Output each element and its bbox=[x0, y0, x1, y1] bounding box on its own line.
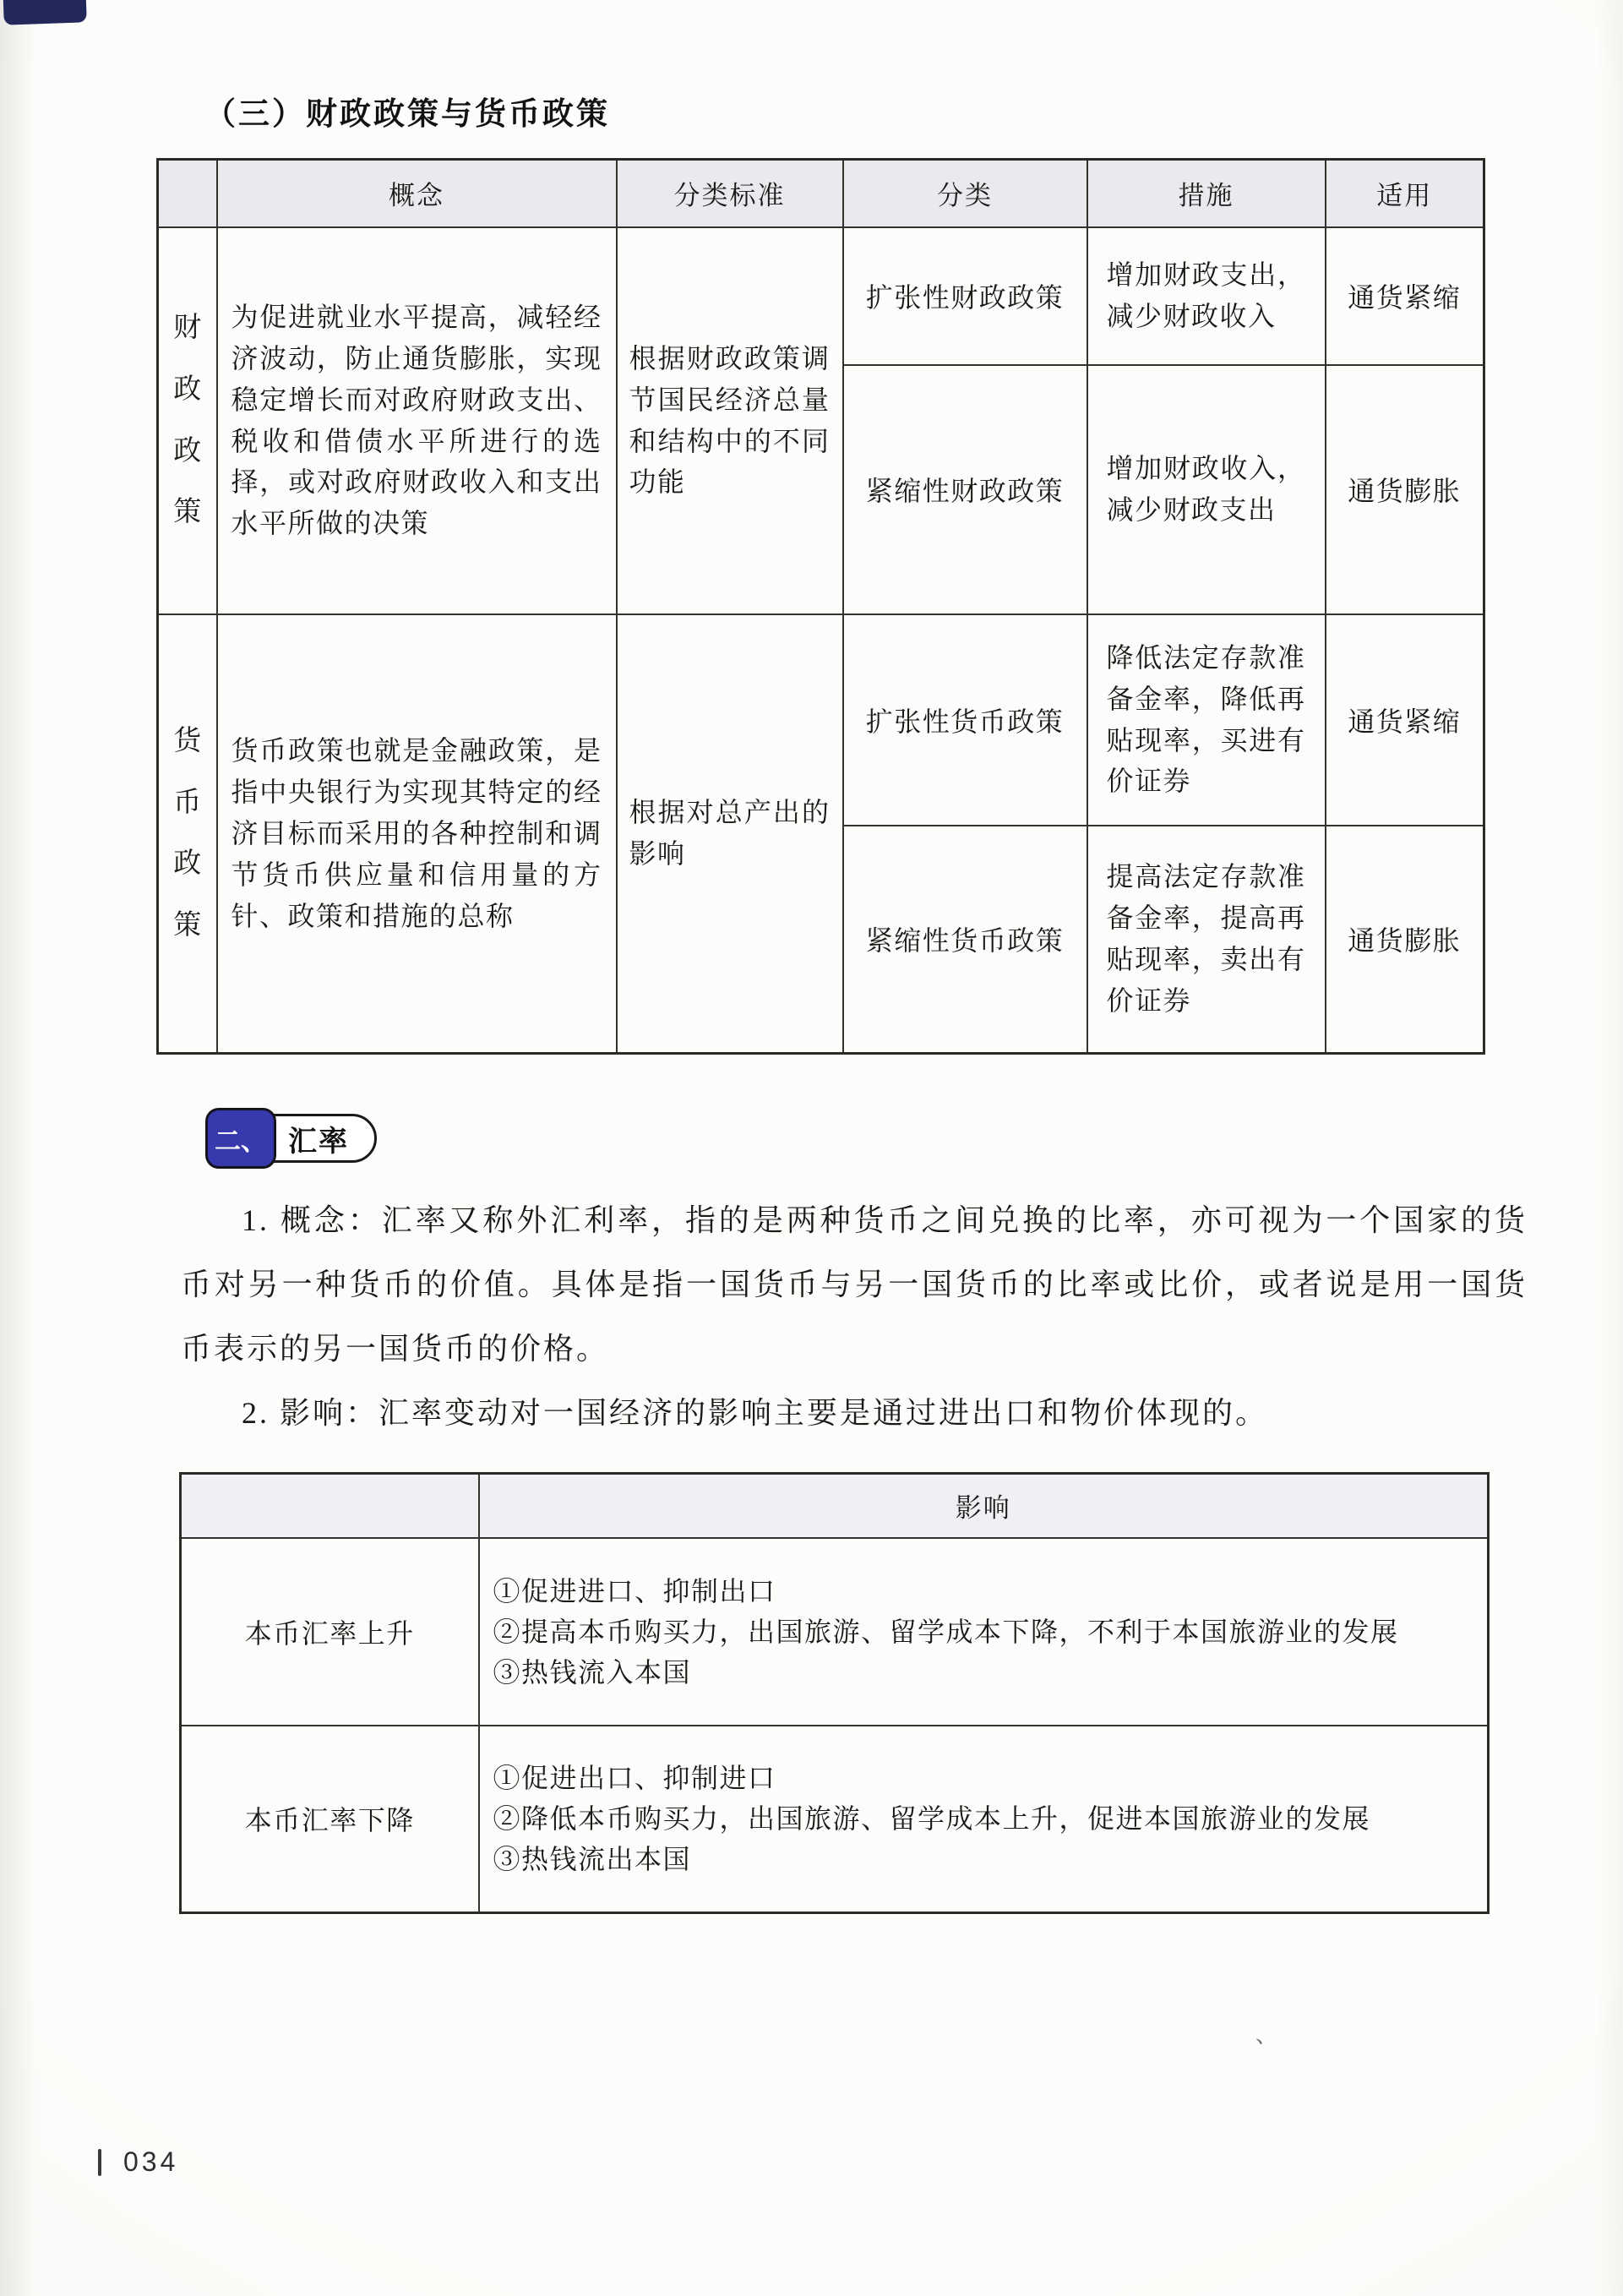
effect-line-2: ②提高本币购买力，出国旅游、留学成本下降，不利于本国旅游业的发展 bbox=[493, 1612, 1474, 1652]
fiscal-expansionary-applicable: 通货紧缩 bbox=[1326, 227, 1484, 365]
corner-bookmark-shape bbox=[3, 0, 87, 25]
scan-artifact-mark: 、 bbox=[1255, 2018, 1277, 2049]
footer-divider bbox=[98, 2149, 101, 2176]
monetary-contractionary-measures: 提高法定存款准备金率，提高再贴现率，卖出有价证券 bbox=[1087, 826, 1326, 1054]
paragraph-impact: 2. 影响：汇率变动对一国经济的影响主要是通过进出口和物价体现的。 bbox=[181, 1381, 1528, 1445]
row-label-monetary-policy: 货币政策 bbox=[172, 711, 204, 956]
fiscal-expansionary-measures: 增加财政支出，减少财政收入 bbox=[1087, 227, 1326, 365]
rate-rise-row: 本币汇率上升 ①促进进口、抑制出口 ②提高本币购买力，出国旅游、留学成本下降，不… bbox=[181, 1538, 1489, 1726]
policy-table-header-row: 概念 分类标准 分类 措施 适用 bbox=[158, 160, 1484, 227]
fiscal-policy-standard: 根据财政政策调节国民经济总量和结构中的不同功能 bbox=[617, 227, 843, 614]
effects-table-header-row: 影响 bbox=[181, 1474, 1489, 1538]
section-badge-exchange-rate: 二、 汇率 bbox=[208, 1114, 377, 1163]
monetary-expansionary-category: 扩张性货币政策 bbox=[843, 614, 1087, 826]
row-label-rate-rise: 本币汇率上升 bbox=[181, 1538, 479, 1726]
col-header-measures: 措施 bbox=[1087, 160, 1326, 227]
page-number: 034 bbox=[123, 2146, 178, 2178]
fiscal-contractionary-category: 紧缩性财政政策 bbox=[843, 365, 1087, 614]
row-label-monetary-policy-cell: 货币政策 bbox=[158, 614, 217, 1054]
monetary-expansionary-measures: 降低法定存款准备金率，降低再贴现率，买进有价证券 bbox=[1087, 614, 1326, 826]
exchange-rate-paragraphs: 1. 概念：汇率又称外汇利率，指的是两种货币之间兑换的比率，亦可视为一个国家的货… bbox=[181, 1188, 1528, 1445]
monetary-policy-concept: 货币政策也就是金融政策，是指中央银行为实现其特定的经济目标而采用的各种控制和调节… bbox=[217, 614, 617, 1054]
row-label-fiscal-policy: 财政政策 bbox=[172, 297, 204, 543]
fiscal-expansionary-category: 扩张性财政政策 bbox=[843, 227, 1087, 365]
fiscal-policy-row-expansionary: 财政政策 为促进就业水平提高，减轻经济波动，防止通货膨胀，实现稳定增长而对政府财… bbox=[158, 227, 1484, 365]
rate-rise-effects: ①促进进口、抑制出口 ②提高本币购买力，出国旅游、留学成本下降，不利于本国旅游业… bbox=[479, 1538, 1489, 1726]
monetary-contractionary-category: 紧缩性货币政策 bbox=[843, 826, 1087, 1054]
section-title: 汇率 bbox=[288, 1118, 349, 1159]
fiscal-contractionary-measures: 增加财政收入，减少财政支出 bbox=[1087, 365, 1326, 614]
effect-line-3: ③热钱流出本国 bbox=[493, 1839, 1474, 1879]
page-footer: 034 bbox=[98, 2146, 178, 2178]
section3-heading: （三）财政政策与货币政策 bbox=[204, 88, 610, 134]
policy-corner-header-cell bbox=[158, 160, 217, 227]
monetary-expansionary-applicable: 通货紧缩 bbox=[1326, 614, 1484, 826]
col-header-classification-standard: 分类标准 bbox=[617, 160, 843, 227]
fiscal-contractionary-applicable: 通货膨胀 bbox=[1326, 365, 1484, 614]
fiscal-monetary-policy-table: 概念 分类标准 分类 措施 适用 财政政策 为促进就业水平提高，减轻经济波动，防… bbox=[156, 158, 1485, 1055]
row-label-rate-fall: 本币汇率下降 bbox=[181, 1726, 479, 1913]
col-header-effects: 影响 bbox=[479, 1474, 1489, 1538]
paragraph-concept: 1. 概念：汇率又称外汇利率，指的是两种货币之间兑换的比率，亦可视为一个国家的货… bbox=[181, 1188, 1528, 1381]
monetary-policy-row-expansionary: 货币政策 货币政策也就是金融政策，是指中央银行为实现其特定的经济目标而采用的各种… bbox=[158, 614, 1484, 826]
exchange-rate-effects-table: 影响 本币汇率上升 ①促进进口、抑制出口 ②提高本币购买力，出国旅游、留学成本下… bbox=[179, 1472, 1490, 1914]
effect-line-2: ②降低本币购买力，出国旅游、留学成本上升，促进本国旅游业的发展 bbox=[493, 1798, 1474, 1839]
rate-fall-row: 本币汇率下降 ①促进出口、抑制进口 ②降低本币购买力，出国旅游、留学成本上升，促… bbox=[181, 1726, 1489, 1913]
monetary-contractionary-applicable: 通货膨胀 bbox=[1326, 826, 1484, 1054]
col-header-classification: 分类 bbox=[843, 160, 1087, 227]
monetary-policy-standard: 根据对总产出的影响 bbox=[617, 614, 843, 1054]
effect-line-1: ①促进进口、抑制出口 bbox=[493, 1571, 1474, 1612]
col-header-applicable: 适用 bbox=[1326, 160, 1484, 227]
row-label-fiscal-policy-cell: 财政政策 bbox=[158, 227, 217, 614]
section-number-chip: 二、 bbox=[205, 1108, 276, 1169]
col-header-concept: 概念 bbox=[217, 160, 617, 227]
effects-corner-header-cell bbox=[181, 1474, 479, 1538]
rate-fall-effects: ①促进出口、抑制进口 ②降低本币购买力，出国旅游、留学成本上升，促进本国旅游业的… bbox=[479, 1726, 1489, 1913]
scanned-textbook-page: （三）财政政策与货币政策 概念 分类标准 分类 措施 适用 财政政策 为促进就业… bbox=[0, 0, 1623, 2296]
fiscal-policy-concept: 为促进就业水平提高，减轻经济波动，防止通货膨胀，实现稳定增长而对政府财政支出、税… bbox=[217, 227, 617, 614]
effect-line-1: ①促进出口、抑制进口 bbox=[493, 1758, 1474, 1798]
effect-line-3: ③热钱流入本国 bbox=[493, 1652, 1474, 1693]
